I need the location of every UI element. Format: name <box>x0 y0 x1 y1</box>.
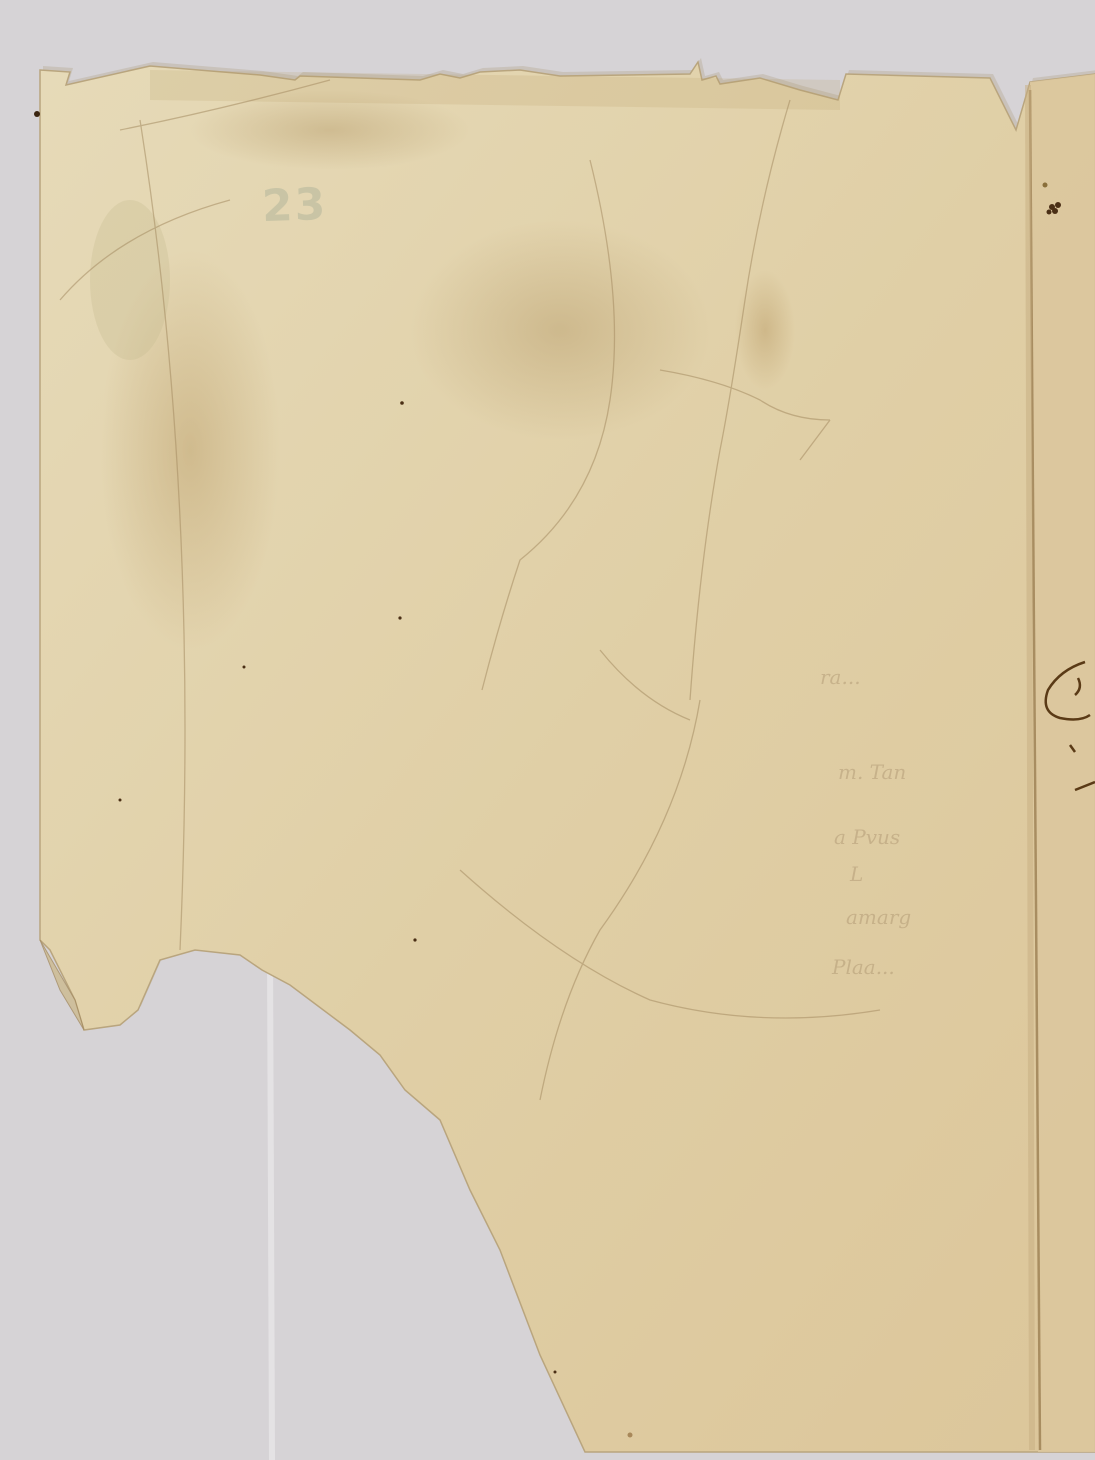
water-stain-center <box>410 220 710 440</box>
adjacent-leaf <box>1030 74 1095 1452</box>
bleed-through-line: amarg <box>846 905 911 929</box>
photo-scene: 23 ra... m. Tan a Pvus L amarg Plaa... V… <box>0 0 1095 1460</box>
bleed-through-line: ra... <box>820 665 861 689</box>
pencil-folio-number: 23 <box>261 179 328 232</box>
water-stain-right <box>735 270 795 390</box>
bleed-through-line: L <box>850 862 863 886</box>
paper-leaf-illustration <box>0 0 1095 1460</box>
bleed-through-line: a Pvus <box>834 825 900 849</box>
bleed-through-line: Plaa... <box>832 955 895 979</box>
bleed-through-line: m. Tan <box>838 760 906 784</box>
backing-fold-line <box>270 950 272 1460</box>
